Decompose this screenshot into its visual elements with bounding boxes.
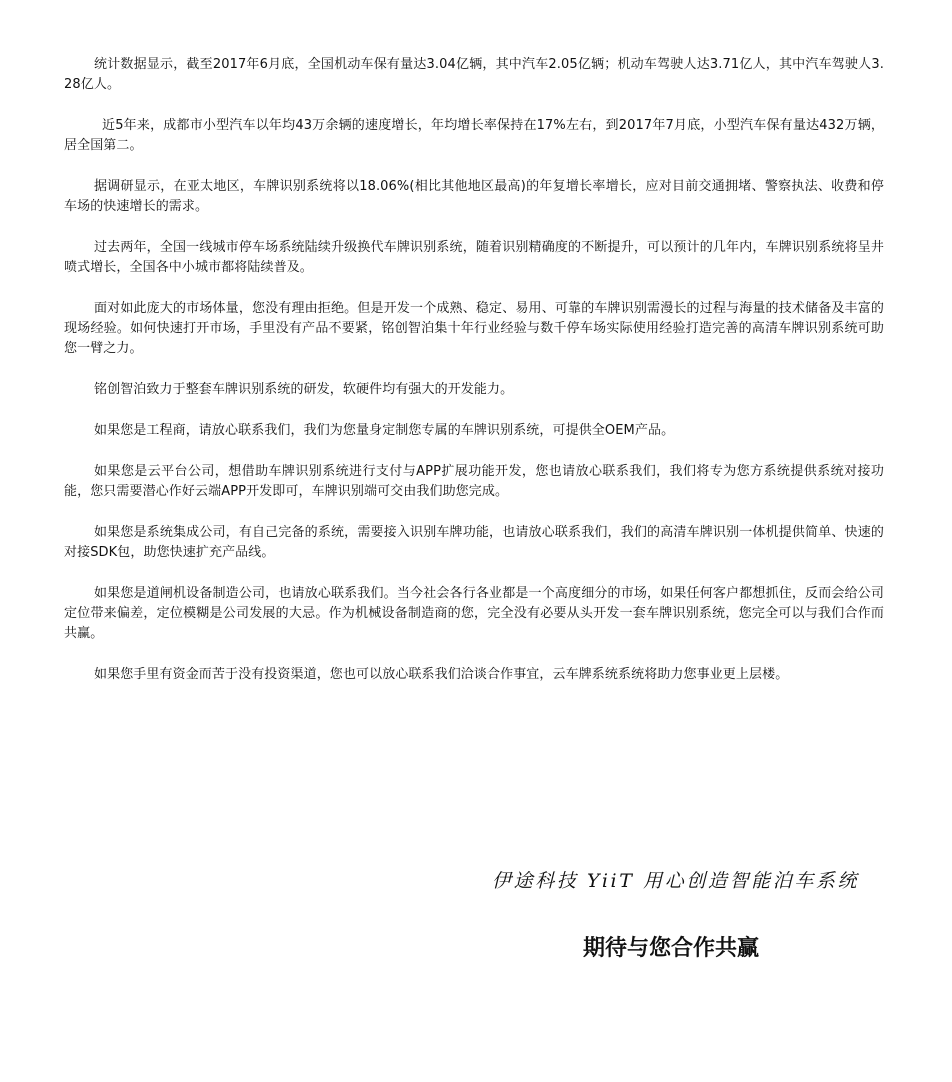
document-body: 统计数据显示，截至2017年6月底，全国机动车保有量达3.04亿辆，其中汽车2.…: [64, 55, 884, 706]
paragraph-vehicle-statistics: 统计数据显示，截至2017年6月底，全国机动车保有量达3.04亿辆，其中汽车2.…: [64, 55, 884, 95]
paragraph-engineers: 如果您是工程商，请放心联系我们，我们为您量身定制您专属的车牌识别系统，可提供全O…: [64, 421, 884, 441]
paragraph-chengdu-growth: 近5年来，成都市小型汽车以年均43万余辆的速度增长，年均增长率保持在17%左右，…: [64, 116, 884, 156]
paragraph-investors: 如果您手里有资金而苦于没有投资渠道，您也可以放心联系我们洽谈合作事宜，云车牌系统…: [64, 665, 884, 685]
paragraph-cloud-platform: 如果您是云平台公司，想借助车牌识别系统进行支付与APP扩展功能开发，您也请放心联…: [64, 462, 884, 502]
paragraph-company-rd: 铭创智泊致力于整套车牌识别系统的研发，软硬件均有强大的开发能力。: [64, 380, 884, 400]
paragraph-city-upgrade: 过去两年，全国一线城市停车场系统陆续升级换代车牌识别系统，随着识别精确度的不断提…: [64, 238, 884, 278]
paragraph-asia-pacific-research: 据调研显示，在亚太地区，车牌识别系统将以18.06%(相比其他地区最高)的年复增…: [64, 177, 884, 217]
paragraph-gate-manufacturers: 如果您是道闸机设备制造公司，也请放心联系我们。当今社会各行各业都是一个高度细分的…: [64, 584, 884, 644]
company-slogan: 伊途科技 YiiT 用心创造智能泊车系统: [492, 866, 884, 893]
paragraph-system-integrators: 如果您是系统集成公司，有自己完备的系统，需要接入识别车牌功能，也请放心联系我们，…: [64, 523, 884, 563]
paragraph-market-volume: 面对如此庞大的市场体量，您没有理由拒绝。但是开发一个成熟、稳定、易用、可靠的车牌…: [64, 299, 884, 359]
cooperation-tagline: 期待与您合作共赢: [583, 931, 759, 962]
